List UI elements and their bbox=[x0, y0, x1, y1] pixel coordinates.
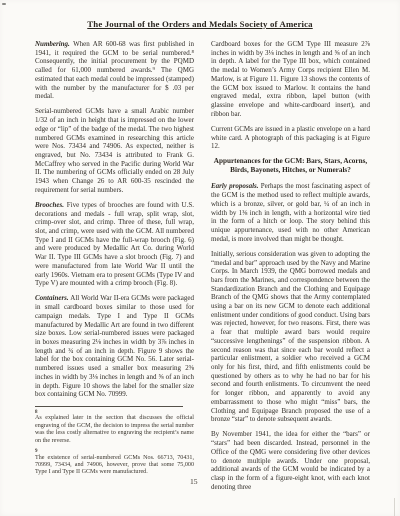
right-column: Cardboard boxes for the GCM Type III mea… bbox=[211, 40, 370, 491]
page-title: The Journal of the Orders and Medals Soc… bbox=[0, 19, 400, 29]
paragraph-lead: Brooches. bbox=[35, 201, 64, 209]
section-heading-appurtenances: Appurtenances for the GCM: Bars, Stars, … bbox=[213, 157, 368, 175]
page-number: 15 bbox=[190, 477, 198, 486]
paragraph-lead: Containers. bbox=[35, 294, 69, 302]
paragraph-cardboard-boxes: Cardboard boxes for the GCM Type III mea… bbox=[211, 40, 370, 118]
paragraph-brooches: Brooches. Five types of brooches are fou… bbox=[35, 201, 194, 288]
scan-speck bbox=[2, 3, 6, 5]
footnote-9: 9 The existence of serial-numbered GCMs … bbox=[35, 449, 194, 477]
paragraph-containers: Containers. All World War II-era GCMs we… bbox=[35, 294, 194, 398]
paragraph-november-1941: By November 1941, the idea for either th… bbox=[211, 430, 370, 491]
paragraph-lead: Numbering. bbox=[35, 40, 70, 48]
paragraph-numbering: Numbering. When AR 600-68 was first publ… bbox=[35, 40, 194, 101]
scan-edge-artifact bbox=[394, 498, 395, 516]
paragraph-text: Five types of brooches are found with U.… bbox=[35, 201, 194, 287]
journal-page: The Journal of the Orders and Medals Soc… bbox=[0, 0, 400, 516]
paragraph-text: When AR 600-68 was first published in 19… bbox=[35, 40, 194, 100]
paragraph-text: Cardboard boxes for the GCM Type III mea… bbox=[211, 40, 370, 118]
footnote-separator bbox=[35, 406, 183, 407]
paragraph-text: By November 1941, the idea for either th… bbox=[211, 430, 370, 490]
paragraph-lead: Early proposals. bbox=[211, 182, 259, 190]
paragraph-text: Serial-numbered GCMs have a small Arabic… bbox=[35, 107, 194, 193]
paragraph-serial-numbers: Serial-numbered GCMs have a small Arabic… bbox=[35, 107, 194, 194]
left-column: Numbering. When AR 600-68 was first publ… bbox=[35, 40, 194, 481]
paragraph-current-gcms: Current GCMs are issued in a plastic env… bbox=[211, 125, 370, 151]
footnote-text: As explained later in the section that d… bbox=[35, 415, 194, 445]
paragraph-text: Initially, serious consideration was giv… bbox=[211, 250, 370, 423]
paragraph-early-proposals: Early proposals. Perhaps the most fascin… bbox=[211, 182, 370, 243]
paragraph-medal-and-bar: Initially, serious consideration was giv… bbox=[211, 250, 370, 424]
paragraph-text: All World War II-era GCMs were packaged … bbox=[35, 294, 194, 398]
paragraph-text: Current GCMs are issued in a plastic env… bbox=[211, 125, 370, 150]
paragraph-text: Perhaps the most fascinating aspect of t… bbox=[211, 182, 370, 242]
footnote-text: The existence of serial-numbered GCMs No… bbox=[35, 455, 194, 477]
footnote-8: 8 As explained later in the section that… bbox=[35, 410, 194, 445]
